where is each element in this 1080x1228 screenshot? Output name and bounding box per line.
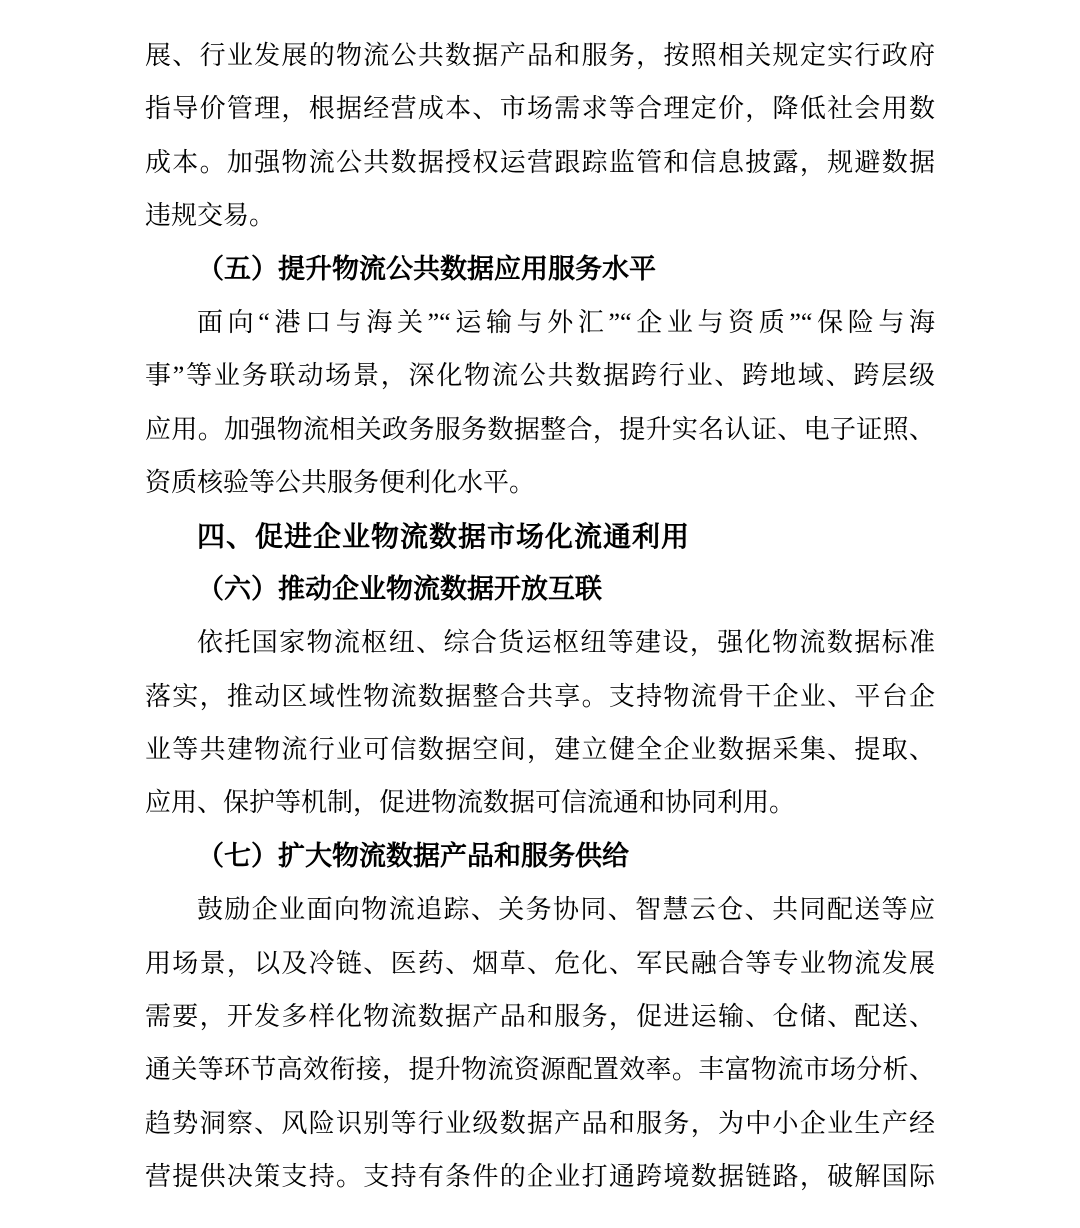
- paragraph-line: 通关等环节高效衔接，提升物流资源配置效率。丰富物流市场分析、: [145, 1043, 935, 1096]
- paragraph-line: 需要，开发多样化物流数据产品和服务，促进运输、仓储、配送、: [145, 990, 935, 1043]
- paragraph-line: 成本。加强物流公共数据授权运营跟踪监管和信息披露，规避数据: [145, 136, 935, 189]
- paragraph-line: 指导价管理，根据经营成本、市场需求等合理定价，降低社会用数: [145, 82, 935, 135]
- paragraph-line: 展、行业发展的物流公共数据产品和服务，按照相关规定实行政府: [145, 29, 935, 82]
- paragraph-line: 业等共建物流行业可信数据空间，建立健全企业数据采集、提取、: [145, 723, 935, 776]
- paragraph-line: 应用。加强物流相关政务服务数据整合，提升实名认证、电子证照、: [145, 403, 935, 456]
- paragraph-line: 用场景，以及冷链、医药、烟草、危化、军民融合等专业物流发展: [145, 937, 935, 990]
- paragraph-line: 事”等业务联动场景，深化物流公共数据跨行业、跨地域、跨层级: [145, 349, 935, 402]
- paragraph-line: 鼓励企业面向物流追踪、关务协同、智慧云仓、共同配送等应: [145, 883, 935, 936]
- heading-sub: （五）提升物流公共数据应用服务水平: [145, 243, 935, 296]
- paragraph-line: 应用、保护等机制，促进物流数据可信流通和协同利用。: [145, 776, 935, 829]
- heading-section-6: （六）推动企业物流数据开放互联: [145, 563, 935, 616]
- heading-section-5: （五）提升物流公共数据应用服务水平: [145, 243, 935, 296]
- heading-sub: （七）扩大物流数据产品和服务供给: [145, 830, 935, 883]
- paragraph-open-interconnect: 依托国家物流枢纽、综合货运枢纽等建设，强化物流数据标准落实，推动区域性物流数据整…: [145, 616, 935, 830]
- paragraph-line: 营提供决策支持。支持有条件的企业打通跨境数据链路，破解国际: [145, 1150, 935, 1203]
- paragraph-line: 违规交易。: [145, 189, 935, 242]
- paragraph-line: 面向“港口与海关”“运输与外汇”“企业与资质”“保险与海: [145, 296, 935, 349]
- heading-main: 四、促进企业物流数据市场化流通利用: [145, 510, 935, 563]
- paragraph-line: 依托国家物流枢纽、综合货运枢纽等建设，强化物流数据标准: [145, 616, 935, 669]
- heading-section-7: （七）扩大物流数据产品和服务供给: [145, 830, 935, 883]
- paragraph-line: 趋势洞察、风险识别等行业级数据产品和服务，为中小企业生产经: [145, 1097, 935, 1150]
- paragraph-application-service: 面向“港口与海关”“运输与外汇”“企业与资质”“保险与海事”等业务联动场景，深化…: [145, 296, 935, 510]
- heading-chapter-4: 四、促进企业物流数据市场化流通利用: [145, 510, 935, 563]
- paragraph-line: 资质核验等公共服务便利化水平。: [145, 456, 935, 509]
- paragraph-public-data-pricing: 展、行业发展的物流公共数据产品和服务，按照相关规定实行政府指导价管理，根据经营成…: [145, 29, 935, 243]
- heading-sub: （六）推动企业物流数据开放互联: [145, 563, 935, 616]
- paragraph-data-products-supply: 鼓励企业面向物流追踪、关务协同、智慧云仓、共同配送等应用场景，以及冷链、医药、烟…: [145, 883, 935, 1203]
- document-page: 展、行业发展的物流公共数据产品和服务，按照相关规定实行政府指导价管理，根据经营成…: [0, 0, 1080, 1228]
- paragraph-line: 落实，推动区域性物流数据整合共享。支持物流骨干企业、平台企: [145, 670, 935, 723]
